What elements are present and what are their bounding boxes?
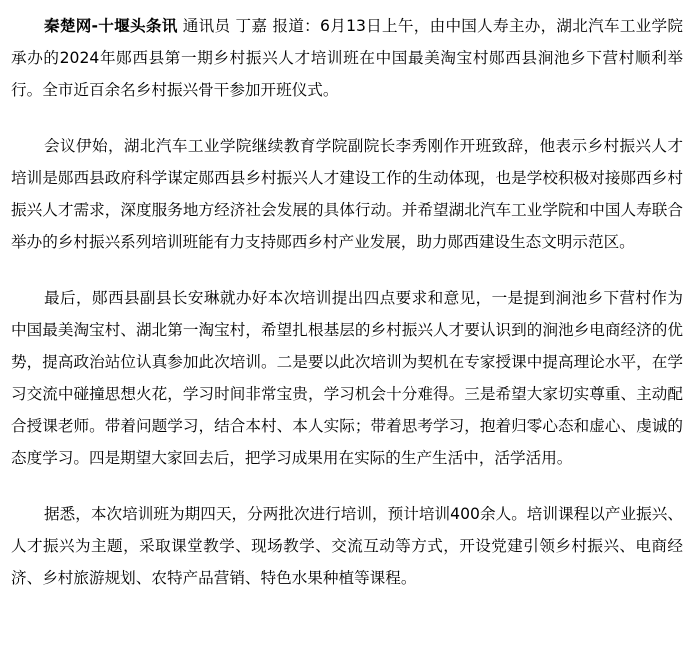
article-paragraph-intro: 秦楚网-十堰头条讯 通讯员 丁嘉 报道：6月13日上午，由中国人寿主办，湖北汽车… bbox=[11, 10, 683, 106]
article-paragraph-opening-speech: 会议伊始，湖北汽车工业学院继续教育学院副院长李秀刚作开班致辞，他表示乡村振兴人才… bbox=[11, 130, 683, 258]
article-body: 秦楚网-十堰头条讯 通讯员 丁嘉 报道：6月13日上午，由中国人寿主办，湖北汽车… bbox=[0, 0, 689, 594]
article-paragraph-course-info: 据悉，本次培训班为期四天，分两批次进行培训，预计培训400余人。培训课程以产业振… bbox=[11, 498, 683, 594]
article-paragraph-requirements: 最后，郧西县副县长安琳就办好本次培训提出四点要求和意见，一是提到涧池乡下营村作为… bbox=[11, 282, 683, 474]
news-source-label: 秦楚网-十堰头条讯 bbox=[44, 17, 178, 35]
